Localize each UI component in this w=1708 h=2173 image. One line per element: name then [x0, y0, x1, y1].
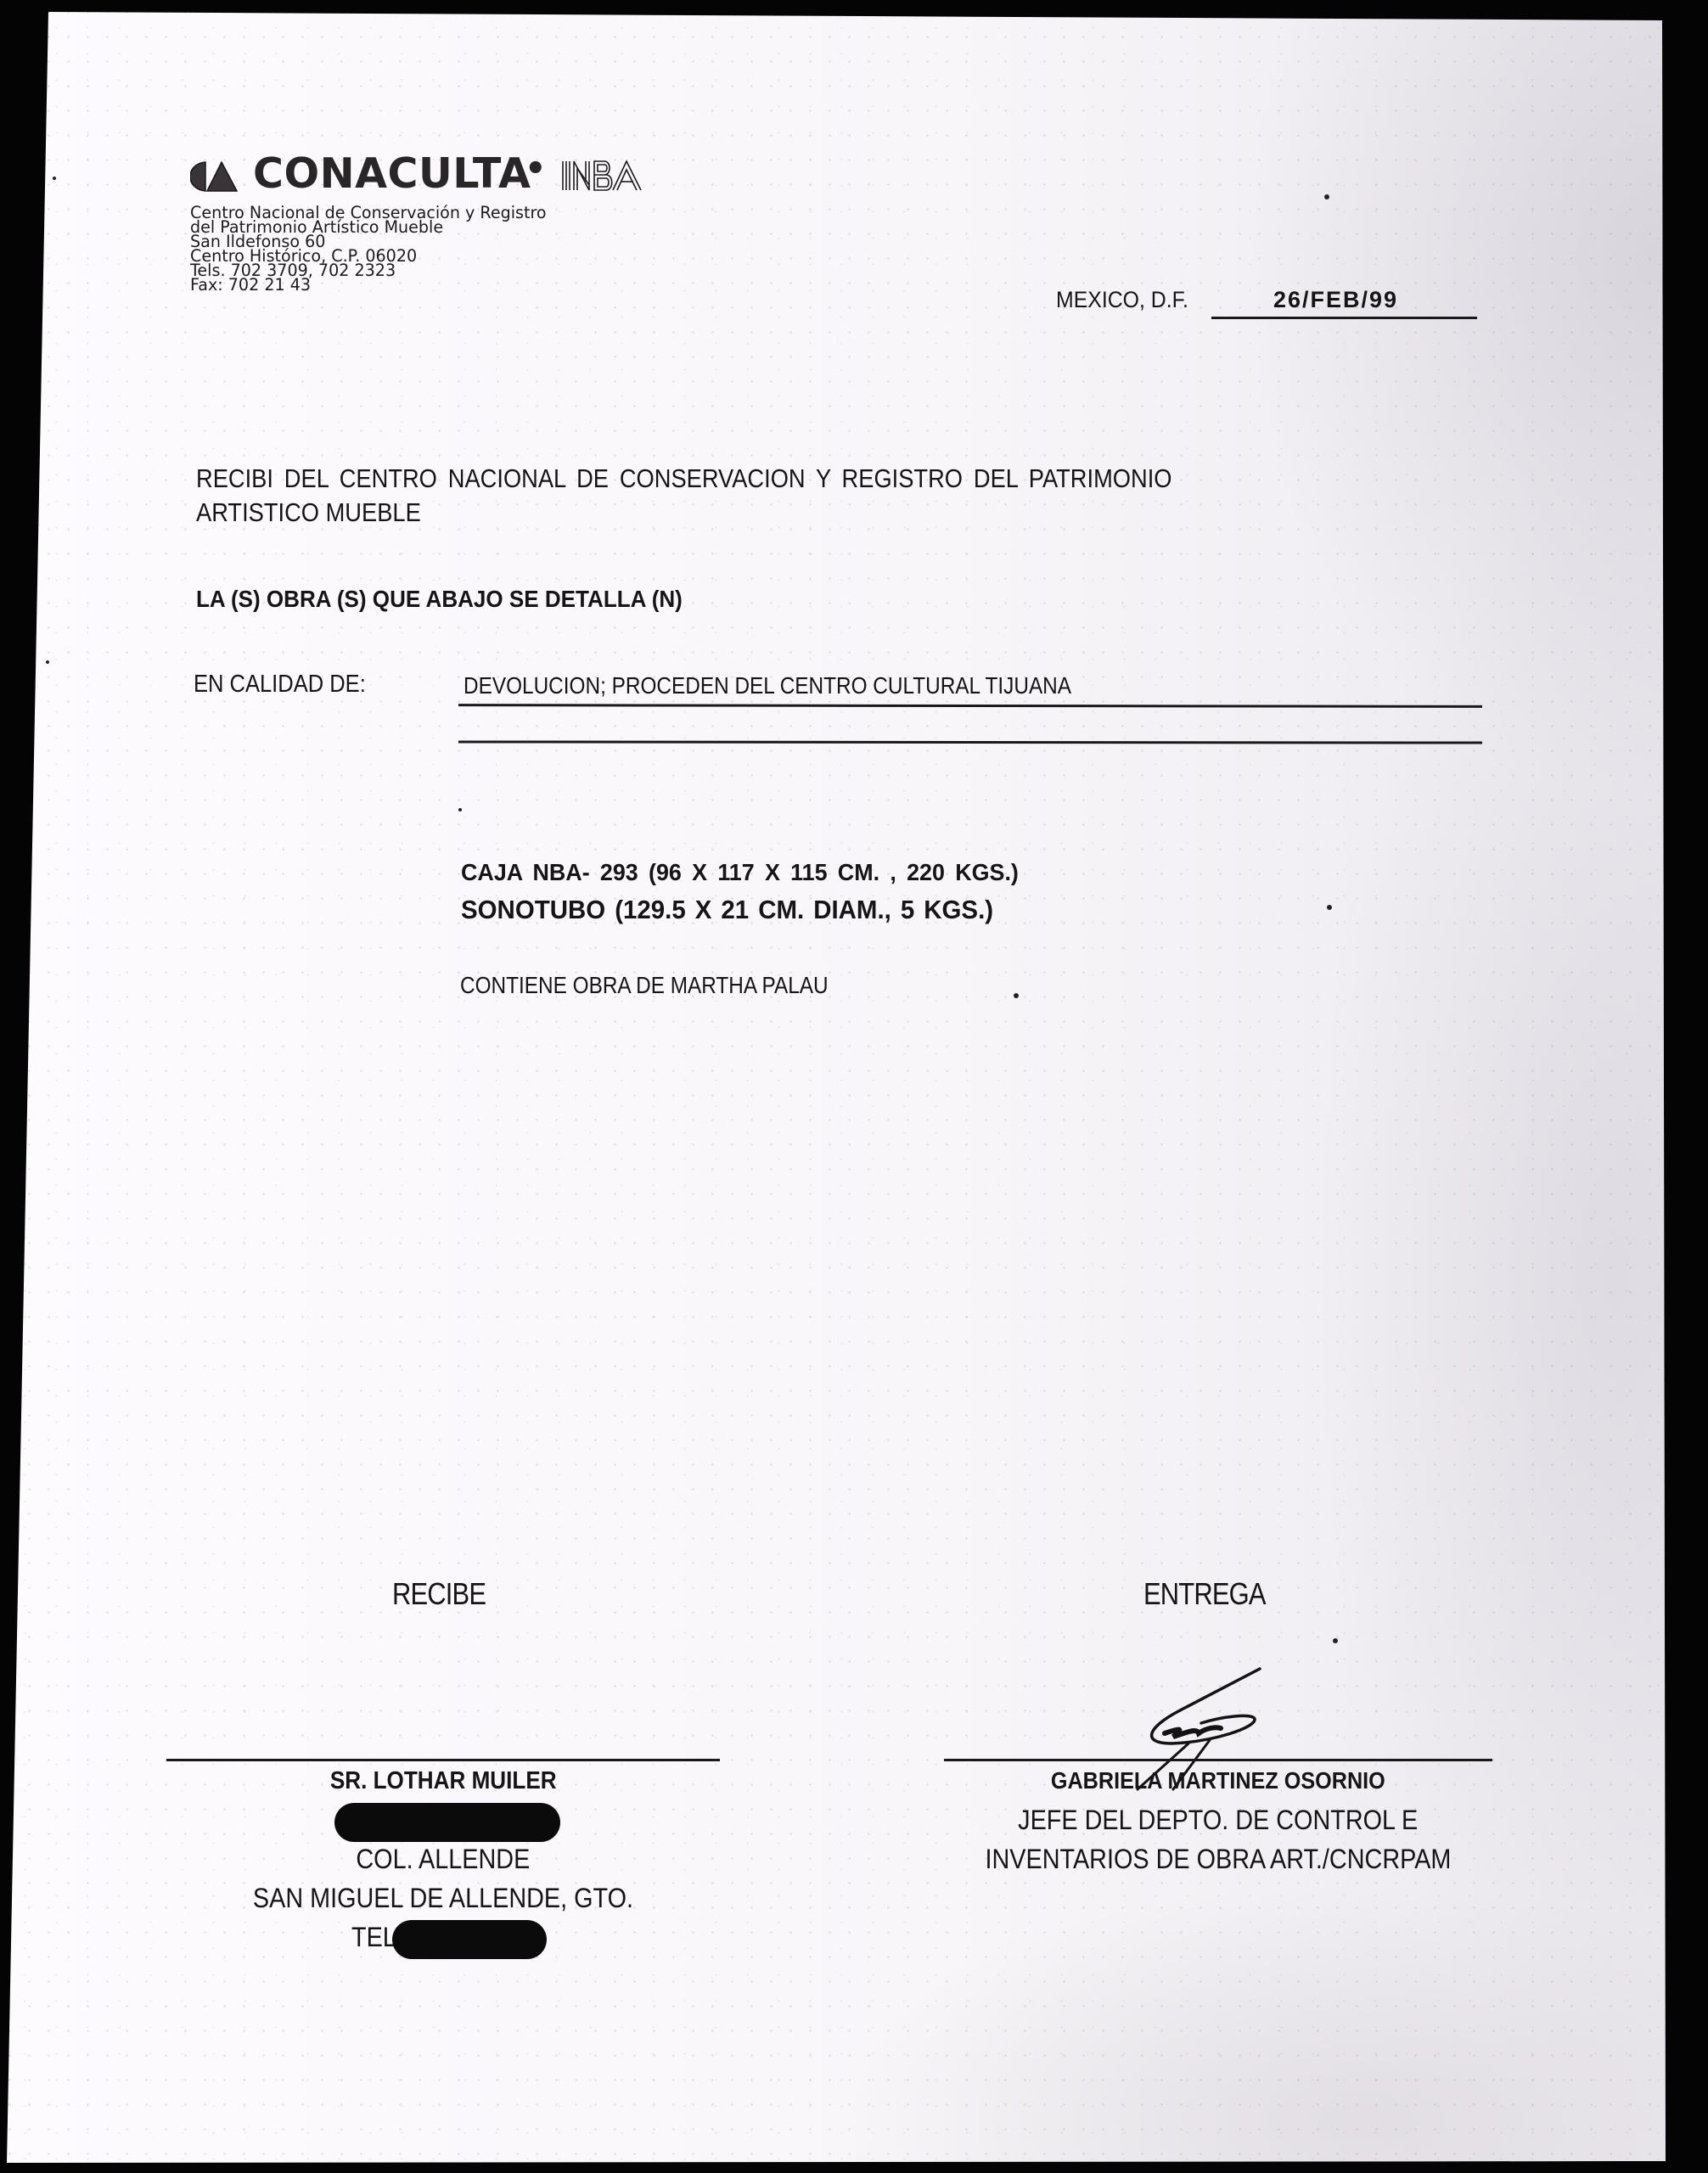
receiver-title: RECIBE: [392, 1576, 486, 1612]
redacted-telephone: [392, 1920, 547, 1959]
logo-name: CONACULTA: [253, 149, 531, 198]
date-underline: [1211, 317, 1477, 319]
receiver-name-row: SR. LOTHAR MUILER: [166, 1767, 720, 1795]
redacted-address: [334, 1803, 560, 1842]
inba-logo-icon: [560, 160, 649, 192]
scanned-document-page: CONACULTA • Centro Nacional de Conservac…: [0, 0, 1708, 2173]
contents-note: CONTIENE OBRA DE MARTHA PALAU: [460, 972, 829, 999]
capacity-label: EN CALIDAD DE:: [194, 671, 366, 699]
logo-separator: •: [525, 149, 547, 188]
receipt-statement-line1: RECIBI DEL CENTRO NACIONAL DE CONSERVACI…: [196, 463, 1172, 494]
paper-speck: [1327, 905, 1332, 910]
receiver-city-row: SAN MIGUEL DE ALLENDE, GTO.: [166, 1883, 720, 1914]
works-detail-heading: LA (S) OBRA (S) QUE ABAJO SE DETALLA (N): [196, 586, 683, 613]
deliverer-name-row: GABRIELA MARTINEZ OSORNIO: [944, 1767, 1492, 1794]
receiver-colony: COL. ALLENDE: [357, 1844, 531, 1875]
item-line: CAJA NBA- 293 (96 X 117 X 115 CM. , 220 …: [461, 859, 1019, 886]
receiver-name: SR. LOTHAR MUILER: [330, 1767, 557, 1795]
capacity-value: DEVOLUCION; PROCEDEN DEL CENTRO CULTURAL…: [464, 672, 1071, 699]
receiver-colony-row: COL. ALLENDE: [166, 1844, 720, 1875]
paper-speck: [53, 177, 56, 180]
paper-speck: [1333, 1638, 1338, 1643]
dateline-place: MEXICO, D.F.: [1056, 287, 1188, 313]
deliverer-position-row-2: INVENTARIOS DE OBRA ART./CNCRPAM: [944, 1844, 1492, 1875]
item-line: SONOTUBO (129.5 X 21 CM. DIAM., 5 KGS.): [461, 895, 993, 925]
deliverer-position-line1: JEFE DEL DEPTO. DE CONTROL E: [1018, 1805, 1418, 1836]
deliverer-title: ENTREGA: [1143, 1576, 1266, 1612]
receipt-statement-line2: ARTISTICO MUEBLE: [196, 497, 421, 528]
deliverer-position-row-1: JEFE DEL DEPTO. DE CONTROL E: [944, 1805, 1492, 1836]
deliverer-signature-line: [944, 1759, 1492, 1761]
receiver-signature-line: [166, 1759, 720, 1761]
paper-speck: [46, 660, 49, 664]
deliverer-position-line2: INVENTARIOS DE OBRA ART./CNCRPAM: [986, 1844, 1452, 1875]
paper-speck: [458, 808, 462, 811]
paper-speck: [1014, 993, 1019, 998]
deliverer-name: GABRIELA MARTINEZ OSORNIO: [1051, 1767, 1385, 1794]
conaculta-logo-icon: [190, 161, 239, 192]
receiver-city: SAN MIGUEL DE ALLENDE, GTO.: [253, 1883, 633, 1914]
address-line: Fax: 702 21 43: [190, 278, 311, 292]
paper-speck: [1324, 194, 1329, 199]
dateline-date: 26/FEB/99: [1273, 287, 1398, 313]
